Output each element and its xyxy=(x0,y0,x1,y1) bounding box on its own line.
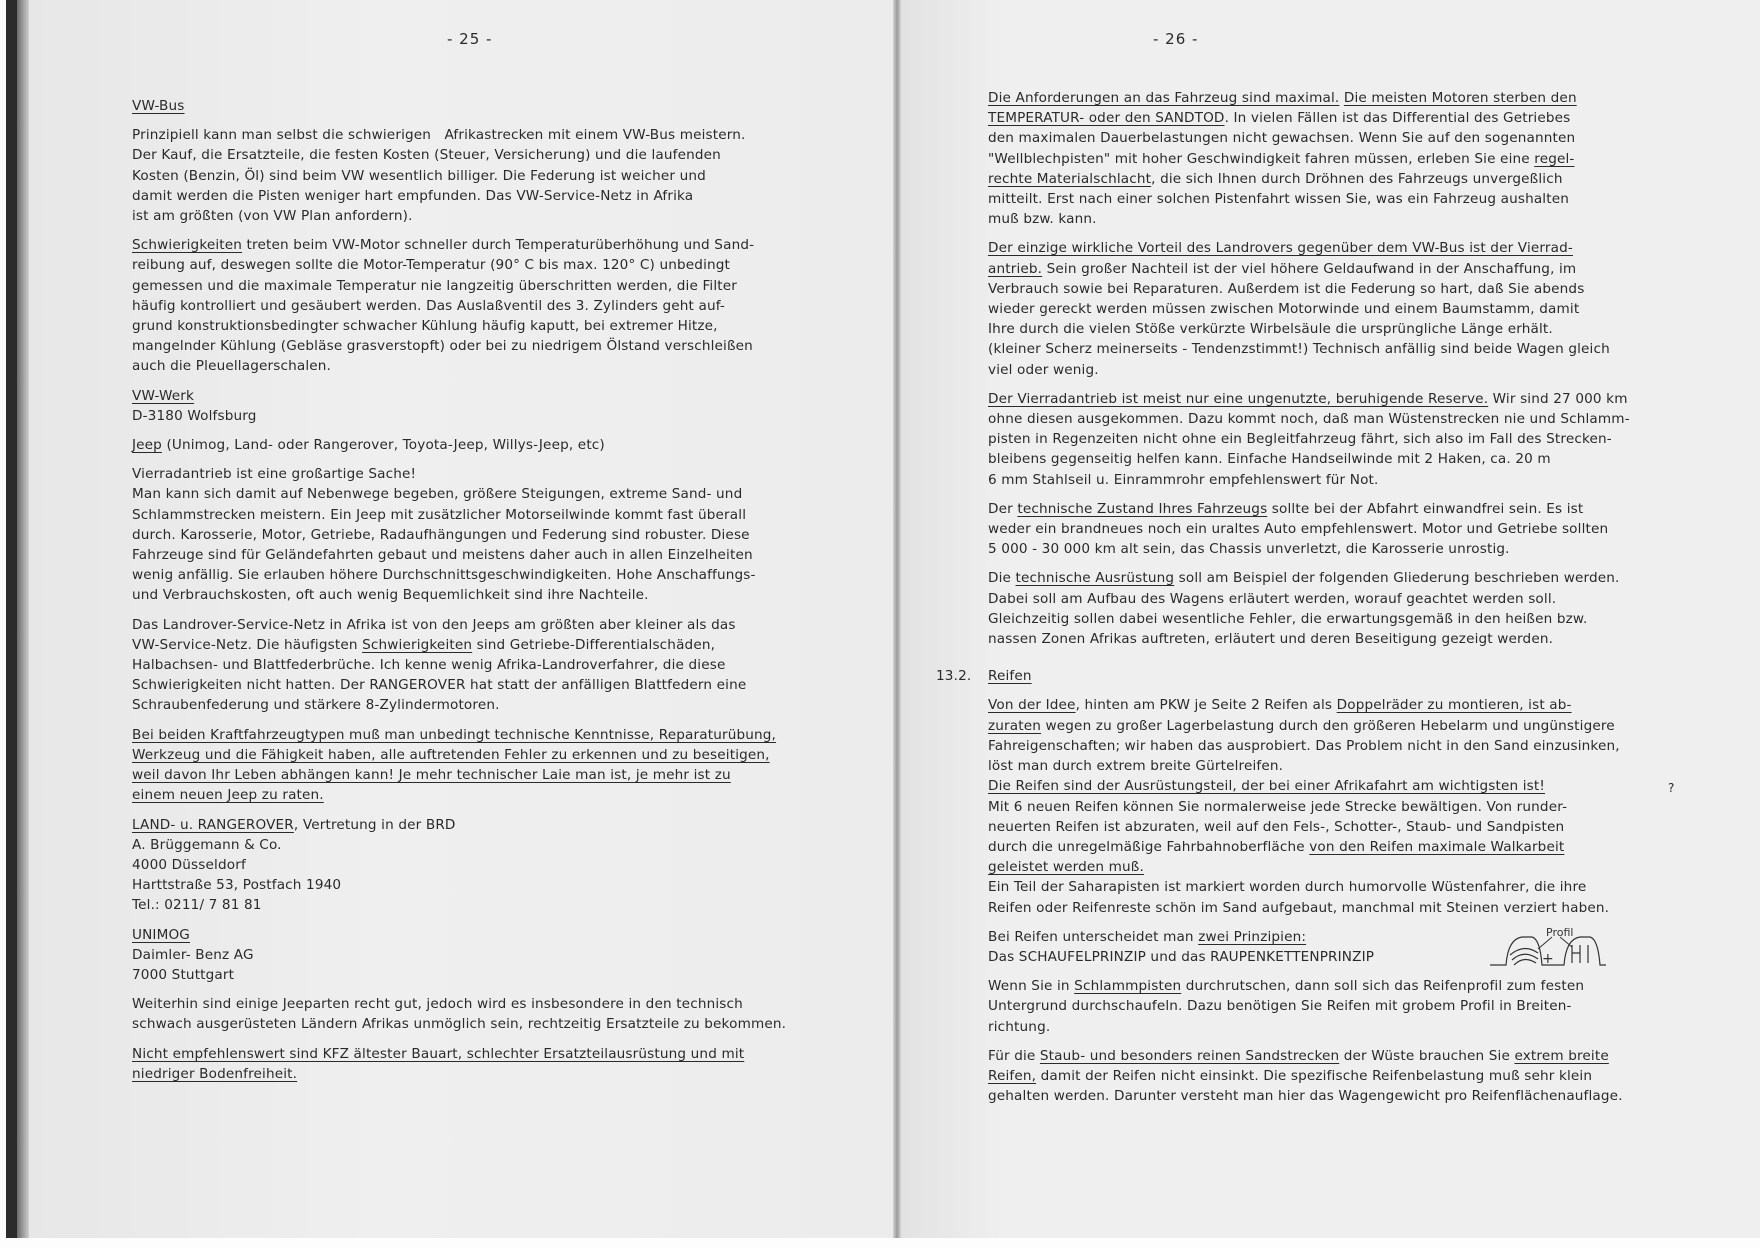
paragraph: Für die Staub- und besonders reinen Sand… xyxy=(988,1046,1630,1107)
paragraph: Die technische Ausrüstung soll am Beispi… xyxy=(988,568,1630,649)
address-block: VW-WerkD-3180 Wolfsburg xyxy=(132,386,786,426)
scan-edge xyxy=(6,0,17,1240)
book-gutter xyxy=(893,0,901,1238)
address-block: UNIMOGDaimler- Benz AG7000 Stuttgart xyxy=(132,925,786,986)
page-number: - 26 - xyxy=(1153,30,1198,48)
paragraph: Schwierigkeiten treten beim VW-Motor sch… xyxy=(132,235,786,376)
scan-bottom-edge xyxy=(0,1238,1760,1248)
heading: Jeep (Unimog, Land- oder Rangerover, Toy… xyxy=(132,435,786,455)
section-number: 13.2. xyxy=(936,666,971,686)
margin-mark: ? xyxy=(1668,783,1674,793)
left-page: - 25 - VW-BusPrinzipiell kann man selbst… xyxy=(29,0,898,1238)
left-page-body: VW-BusPrinzipiell kann man selbst die sc… xyxy=(132,96,786,1084)
sketch-label: Profil xyxy=(1546,926,1573,939)
paragraph: Prinzipiell kann man selbst die schwieri… xyxy=(132,125,786,226)
section-heading: 13.2.Reifen xyxy=(988,666,1630,686)
emphasis-paragraph: Bei beiden Kraftfahrzeugtypen muß man un… xyxy=(132,725,786,806)
heading: VW-Bus xyxy=(132,96,786,116)
tyre-profile-sketch: Profil + xyxy=(1488,925,1608,975)
emphasis-paragraph: Nicht empfehlenswert sind KFZ ältester B… xyxy=(132,1044,786,1084)
paragraph: Die Anforderungen an das Fahrzeug sind m… xyxy=(988,88,1630,229)
page-number: - 25 - xyxy=(447,30,492,48)
right-page: - 26 - Die Anforderungen an das Fahrzeug… xyxy=(898,0,1760,1238)
paragraph: Der technische Zustand Ihres Fahrzeugs s… xyxy=(988,499,1630,560)
paragraph: Vierradantrieb ist eine großartige Sache… xyxy=(132,464,786,605)
paragraph: Der einzige wirkliche Vorteil des Landro… xyxy=(988,238,1630,379)
address-block: LAND- u. RANGEROVER, Vertretung in der B… xyxy=(132,815,786,916)
paragraph: Wenn Sie in Schlammpisten durchrutschen,… xyxy=(988,976,1630,1037)
paragraph: Der Vierradantrieb ist meist nur eine un… xyxy=(988,389,1630,490)
paragraph: Das Landrover-Service-Netz in Afrika ist… xyxy=(132,615,786,716)
paragraph: Von der Idee, hinten am PKW je Seite 2 R… xyxy=(988,695,1630,917)
paragraph: Weiterhin sind einige Jeeparten recht gu… xyxy=(132,994,786,1034)
scan-edge-shadow xyxy=(17,0,29,1240)
